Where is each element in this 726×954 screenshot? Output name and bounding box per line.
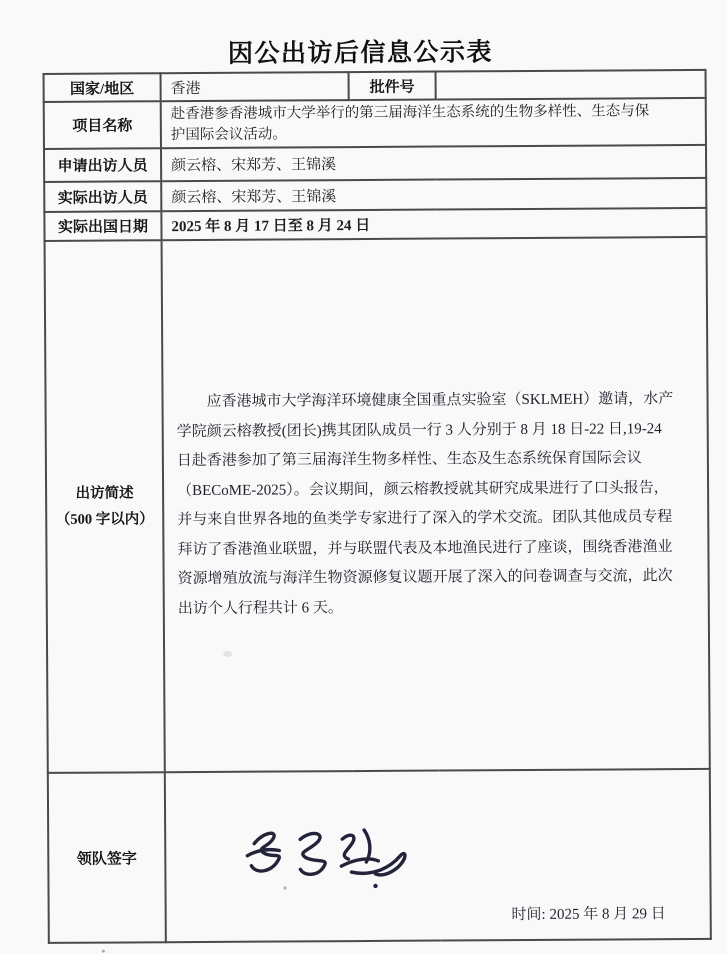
scan-speck	[102, 950, 105, 953]
row-project: 项目名称 赴香港参香港城市大学举行的第三届海洋生态系统的生物多样性、生态与保 护…	[44, 98, 706, 149]
project-value-line2: 护国际会议活动。	[171, 121, 697, 145]
trip-summary-label-line1: 出访简述	[47, 480, 162, 507]
row-actual-personnel: 实际出访人员 颜云榕、宋郑芳、王锦溪	[44, 178, 706, 212]
disclosure-table: 国家/地区 香港 批件号 项目名称 赴香港参香港城市大学举行的第三届海洋生态系统…	[43, 69, 712, 944]
signature-time: 时间: 2025 年 8 月 29 日	[511, 902, 665, 924]
leader-signature-cell: 时间: 2025 年 8 月 29 日	[165, 769, 711, 942]
actual-personnel-label: 实际出访人员	[44, 181, 161, 212]
trip-summary-label: 出访简述 （500 字以内）	[45, 240, 165, 773]
project-value: 赴香港参香港城市大学举行的第三届海洋生态系统的生物多样性、生态与保 护国际会议活…	[161, 98, 706, 148]
leader-signature-label: 领队签字	[48, 772, 166, 943]
page-title: 因公出访后信息公示表	[0, 31, 724, 71]
scan-smudge	[223, 651, 232, 657]
row-applied-personnel: 申请出访人员 颜云榕、宋郑芳、王锦溪	[44, 145, 706, 182]
row-departure-dates: 实际出国日期 2025 年 8 月 17 日至 8 月 24 日	[44, 208, 706, 241]
applied-personnel-label: 申请出访人员	[44, 148, 161, 182]
row-leader-signature: 领队签字 时间: 2025 年 8 月 29 日	[48, 769, 711, 943]
row-country: 国家/地区 香港 批件号	[44, 70, 706, 102]
scan-speck	[283, 886, 286, 889]
country-label: 国家/地区	[44, 73, 161, 102]
row-trip-summary: 出访简述 （500 字以内） 应香港城市大学海洋环境健康全国重点实验室（SKLM…	[45, 237, 710, 773]
summary-line: 并与来自世界各地的鱼类学专家进行了深入的学术交流。团队其他成员专程	[177, 503, 695, 536]
summary-line: 资源增殖放流与海洋生物资源修复议题开展了深入的问卷调查与交流，此次	[178, 562, 696, 595]
actual-personnel-value: 颜云榕、宋郑芳、王锦溪	[161, 178, 706, 211]
summary-line: 日赴香港参加了第三届海洋生物多样性、生态及生态系统保育国际会议	[177, 444, 695, 477]
summary-line: 拜访了香港渔业联盟，并与联盟代表及本地渔民进行了座谈，围绕香港渔业	[177, 532, 695, 565]
trip-summary-paragraph: 应香港城市大学海洋环境健康全国重点实验室（SKLMEH）邀请，水产 学院颜云榕教…	[176, 385, 695, 624]
approval-number-label: 批件号	[349, 72, 436, 101]
summary-line: 学院颜云榕教授(团长)携其团队成员一行 3 人分别于 8 月 18 日-22 日…	[177, 414, 695, 447]
scanned-form-sheet: 因公出访后信息公示表 国家/地区 香港 批件号 项目名称 赴香港参香港城市大学举…	[0, 0, 726, 954]
trip-summary-cell: 应香港城市大学海洋环境健康全国重点实验室（SKLMEH）邀请，水产 学院颜云榕教…	[162, 237, 710, 772]
project-label: 项目名称	[44, 101, 161, 149]
approval-number-value	[436, 70, 706, 100]
departure-dates-value: 2025 年 8 月 17 日至 8 月 24 日	[161, 208, 706, 240]
applied-personnel-value: 颜云榕、宋郑芳、王锦溪	[161, 145, 706, 181]
country-value: 香港	[161, 72, 349, 101]
departure-dates-label: 实际出国日期	[44, 211, 161, 241]
trip-summary-label-line2: （500 字以内）	[47, 506, 162, 533]
summary-line: 应香港城市大学海洋环境健康全国重点实验室（SKLMEH）邀请，水产	[176, 385, 694, 418]
summary-line: 出访个人行程共计 6 天。	[178, 591, 696, 624]
leader-signature-handwriting-icon	[238, 812, 421, 897]
project-value-line1: 赴香港参香港城市大学举行的第三届海洋生态系统的生物多样性、生态与保	[171, 101, 697, 125]
summary-line: （BECoME-2025）。会议期间，颜云榕教授就其研究成果进行了口头报告，	[177, 473, 695, 506]
